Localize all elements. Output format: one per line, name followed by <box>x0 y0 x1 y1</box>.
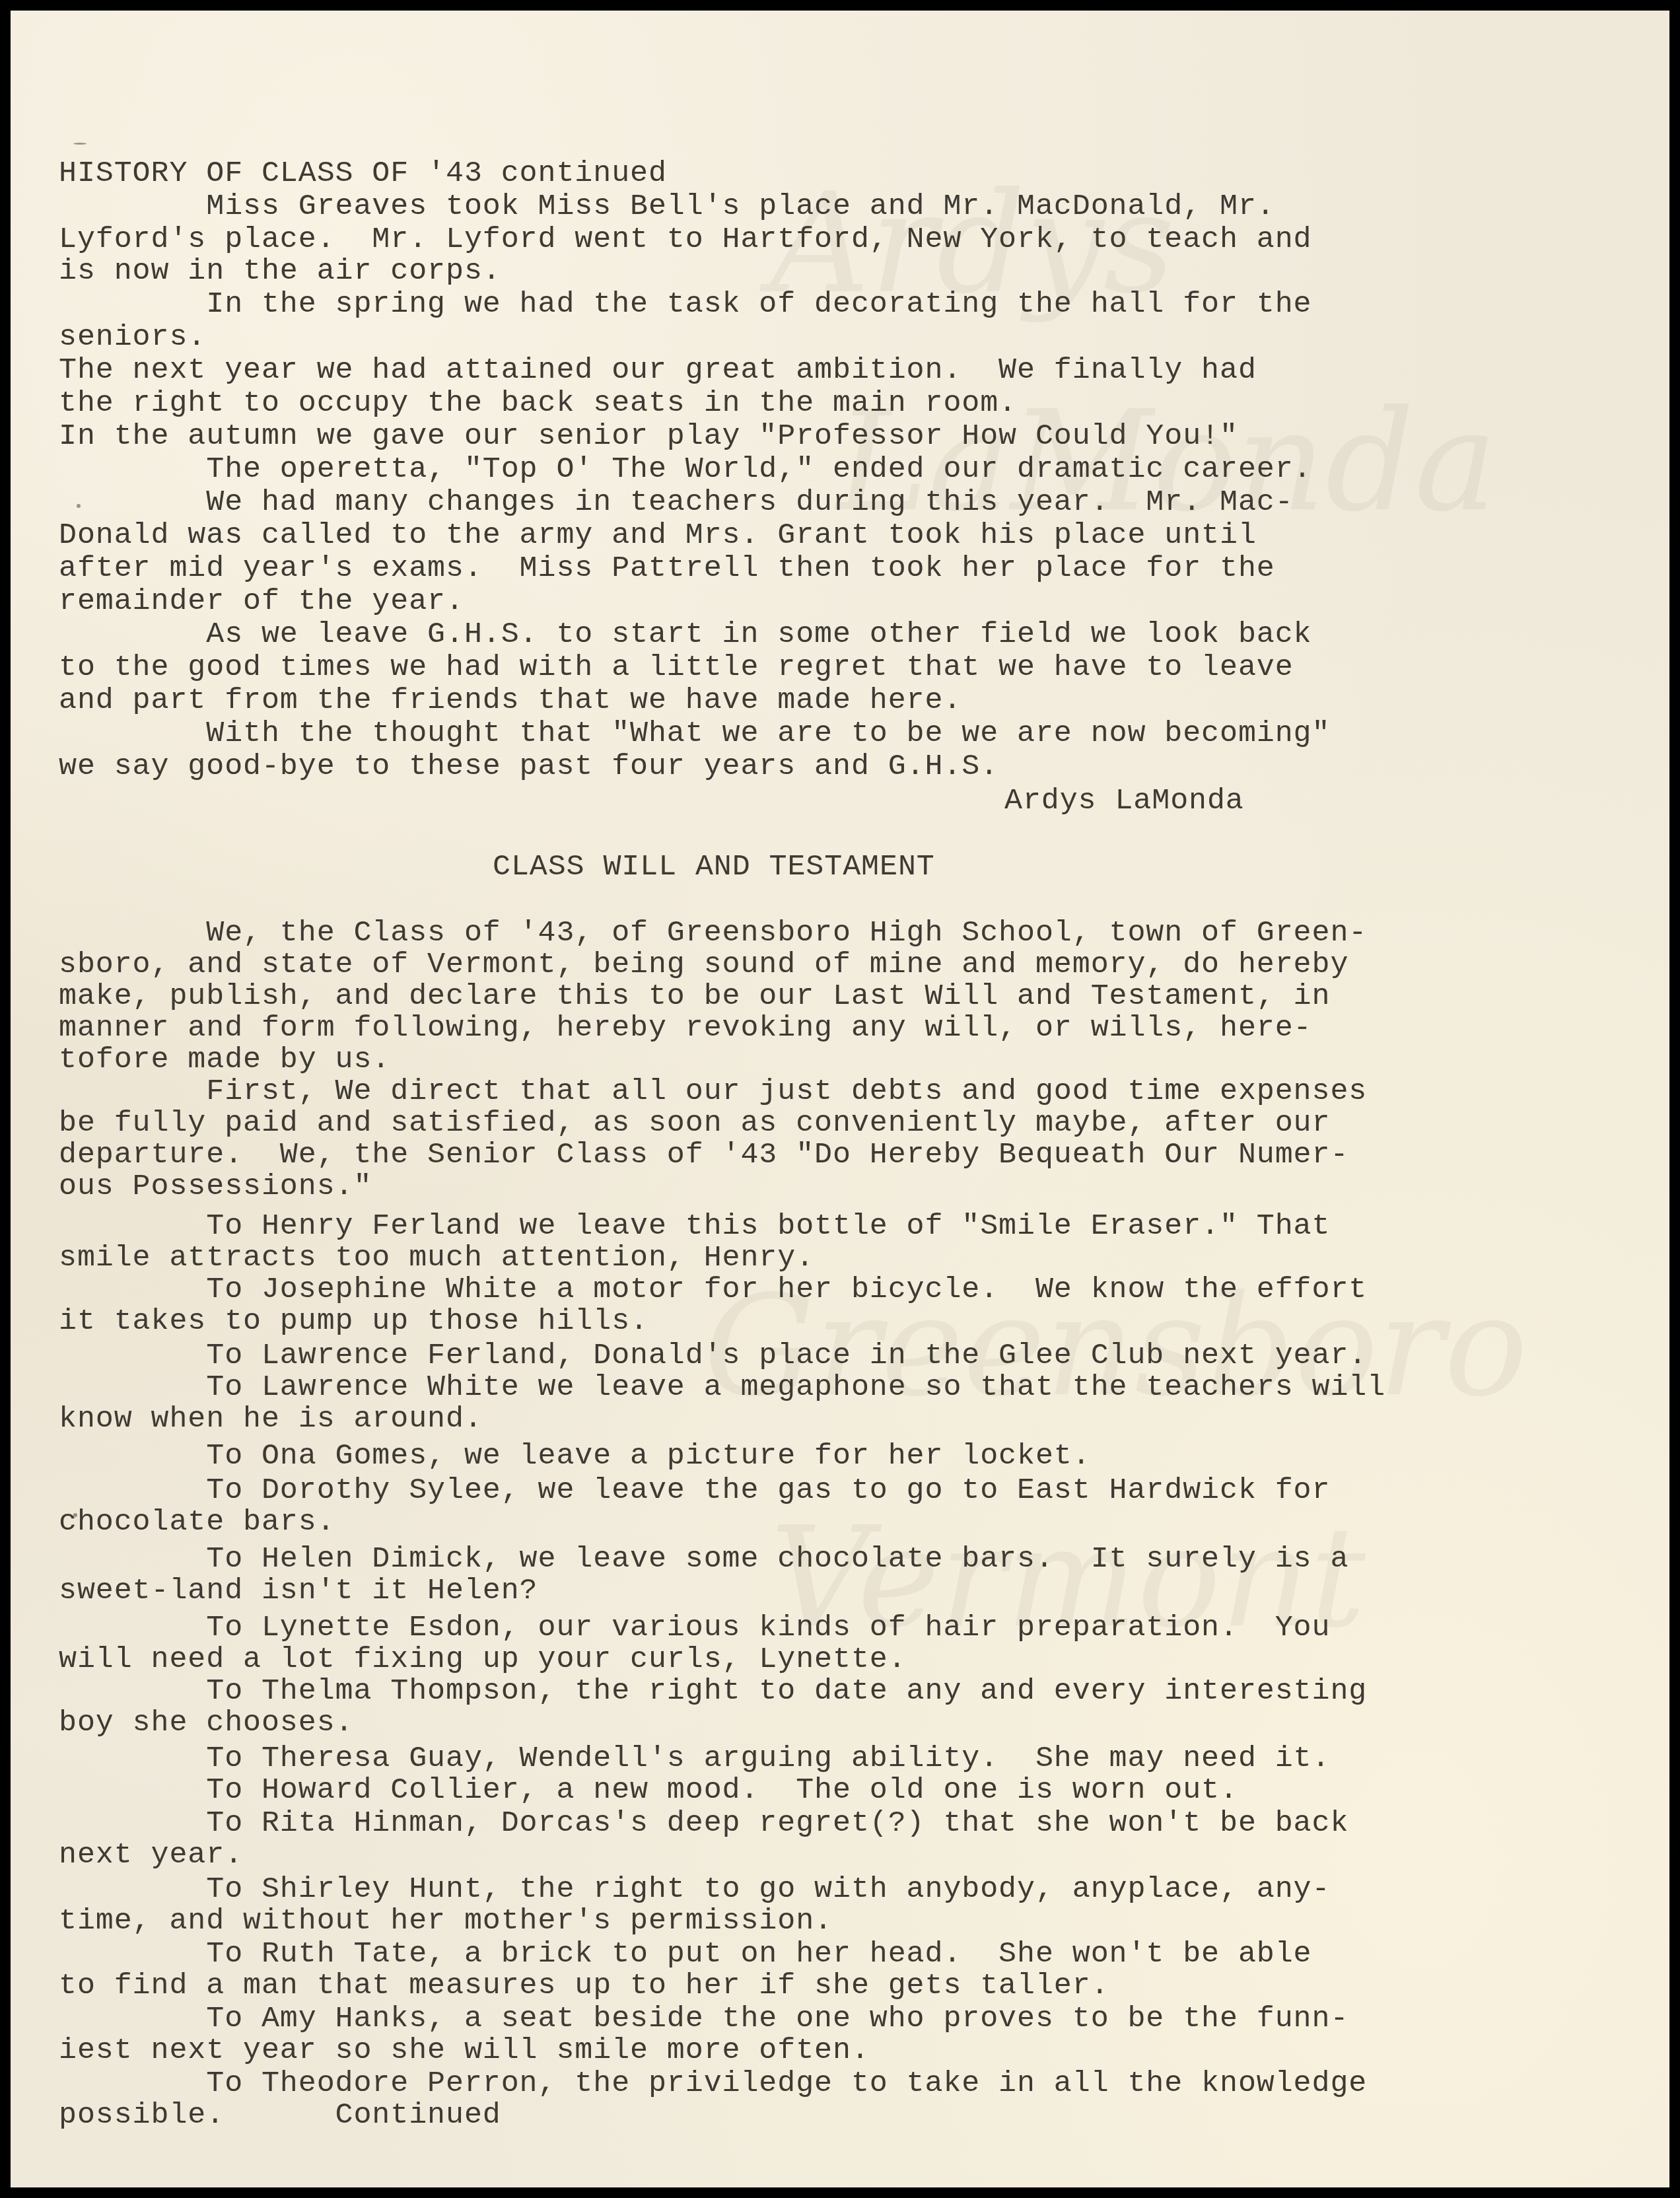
history-heading: HISTORY OF CLASS OF '43 continued <box>59 157 667 190</box>
will-line: To Ona Gomes, we leave a picture for her… <box>59 1440 1091 1473</box>
history-line: Donald was called to the army and Mrs. G… <box>59 519 1257 552</box>
will-line: time, and without her mother's permissio… <box>59 1905 833 1938</box>
history-line: In the spring we had the task of decorat… <box>59 288 1312 321</box>
will-line: To Theresa Guay, Wendell's arguing abili… <box>59 1742 1330 1775</box>
will-line: departure. We, the Senior Class of '43 "… <box>59 1139 1348 1172</box>
history-line: In the autumn we gave our senior play "P… <box>59 420 1238 453</box>
history-line: seniors. <box>59 321 206 354</box>
will-line: make, publish, and declare this to be ou… <box>59 980 1330 1013</box>
will-line: iest next year so she will smile more of… <box>59 2034 870 2067</box>
will-line: To Lawrence Ferland, Donald's place in t… <box>59 1339 1367 1372</box>
will-line: To Theodore Perron, the priviledge to ta… <box>59 2067 1367 2100</box>
will-line: be fully paid and satisfied, as soon as … <box>59 1107 1330 1140</box>
will-line: tofore made by us. <box>59 1044 390 1077</box>
will-line: it takes to pump up those hills. <box>59 1305 648 1338</box>
history-line: to the good times we had with a little r… <box>59 651 1294 684</box>
history-line: remainder of the year. <box>59 585 464 618</box>
will-line: To Rita Hinman, Dorcas's deep regret(?) … <box>59 1807 1348 1840</box>
will-line: boy she chooses. <box>59 1707 353 1740</box>
will-line: First, We direct that all our just debts… <box>59 1075 1367 1108</box>
history-line: As we leave G.H.S. to start in some othe… <box>59 618 1312 651</box>
will-line: To Helen Dimick, we leave some chocolate… <box>59 1543 1348 1576</box>
will-line: To Shirley Hunt, the right to go with an… <box>59 1873 1330 1906</box>
history-line: is now in the air corps. <box>59 255 501 288</box>
will-line: To Lynette Esdon, our various kinds of h… <box>59 1612 1330 1645</box>
will-line: chocolate bars. <box>59 1506 335 1539</box>
will-line: To Josephine White a motor for her bicyc… <box>59 1273 1367 1306</box>
will-line: know when he is around. <box>59 1403 483 1436</box>
will-line: To Amy Hanks, a seat beside the one who … <box>59 2003 1348 2036</box>
stray-mark <box>73 143 87 145</box>
history-line: we say good-bye to these past four years… <box>59 750 998 783</box>
history-line: and part from the friends that we have m… <box>59 684 962 717</box>
will-line: We, the Class of '43, of Greensboro High… <box>59 917 1367 950</box>
history-line: Lyford's place. Mr. Lyford went to Hartf… <box>59 223 1312 256</box>
will-line: will need a lot fixing up your curls, Ly… <box>59 1643 907 1676</box>
will-line: to find a man that measures up to her if… <box>59 1969 1109 2003</box>
history-signature: Ardys LaMonda <box>1004 785 1244 818</box>
will-line: manner and form following, hereby revoki… <box>59 1012 1312 1045</box>
will-line: sweet-land isn't it Helen? <box>59 1575 538 1608</box>
will-line: To Howard Collier, a new mood. The old o… <box>59 1774 1238 1807</box>
will-line: sboro, and state of Vermont, being sound… <box>59 948 1348 981</box>
will-line: ous Possessions." <box>59 1170 372 1203</box>
will-line: To Henry Ferland we leave this bottle of… <box>59 1210 1330 1243</box>
history-line: Miss Greaves took Miss Bell's place and … <box>59 190 1275 223</box>
history-line: after mid year's exams. Miss Pattrell th… <box>59 552 1275 585</box>
will-heading: CLASS WILL AND TESTAMENT <box>493 851 935 884</box>
will-line: next year. <box>59 1839 243 1872</box>
history-line: With the thought that "What we are to be… <box>59 717 1330 750</box>
will-line: To Dorothy Sylee, we leave the gas to go… <box>59 1474 1330 1507</box>
will-line: smile attracts too much attention, Henry… <box>59 1242 814 1275</box>
will-line-continued: possible. Continued <box>59 2099 501 2132</box>
scanned-page: Ardys LaMonda Greensboro Vermont HISTORY… <box>11 11 1669 2187</box>
will-line: To Thelma Thompson, the right to date an… <box>59 1675 1367 1708</box>
history-line: The next year we had attained our great … <box>59 354 1257 387</box>
history-line: The operetta, "Top O' The World," ended … <box>59 453 1312 486</box>
will-line: To Lawrence White we leave a megaphone s… <box>59 1371 1385 1404</box>
history-line: the right to occupy the back seats in th… <box>59 387 1017 420</box>
history-line: We had many changes in teachers during t… <box>59 486 1294 519</box>
will-line: To Ruth Tate, a brick to put on her head… <box>59 1938 1312 1971</box>
